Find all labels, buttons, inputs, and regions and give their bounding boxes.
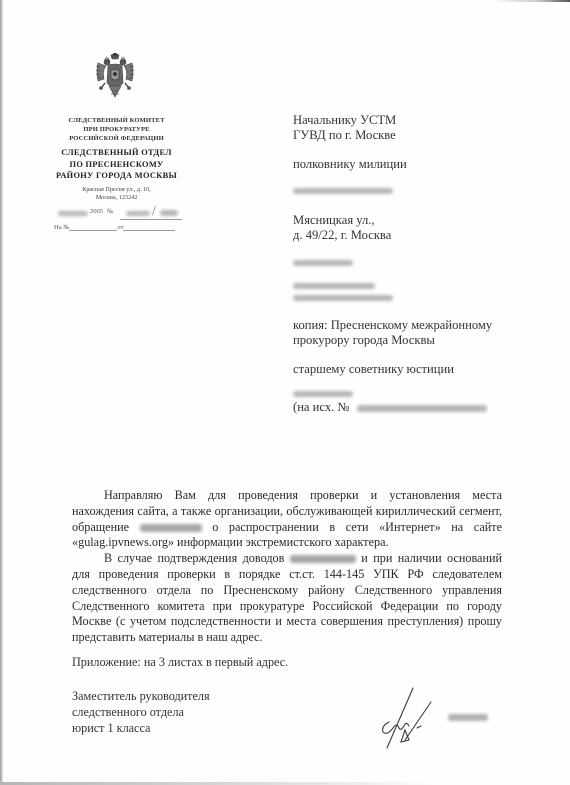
registration-slash: / — [152, 204, 156, 220]
redacted-applicant-name-2 — [290, 555, 356, 563]
addressee-block: Начальнику УСТМ ГУВД по г. Москве полков… — [293, 113, 543, 415]
recipient-address-line-2: д. 49/22, г. Москва — [293, 228, 543, 243]
paragraph-2-part-1: В случае подтверждения доводов — [104, 551, 284, 565]
redacted-signer-name — [448, 714, 488, 721]
attachment-note: Приложение: на 3 листах в первый адрес. — [72, 655, 288, 670]
scan-edge-left — [0, 0, 3, 785]
org-name-line-1: СЛЕДСТВЕННЫЙ КОМИТЕТ — [54, 116, 179, 125]
org-name-line-3: РОССИЙСКОЙ ФЕДЕРАЦИИ — [54, 134, 179, 143]
redacted-registration-number — [126, 211, 150, 216]
redacted-second-address-line-2 — [293, 295, 393, 301]
paragraph-1-part-2: о распространении в сети «Интернет» на с… — [72, 520, 502, 550]
copy-recipient-rank: старшему советнику юстиции — [293, 362, 543, 377]
redacted-second-recipient — [293, 260, 353, 266]
registration-line: 2005 № / — [54, 208, 189, 220]
redacted-outgoing-reference — [357, 405, 487, 412]
paragraph-2: В случае подтверждения доводов и при нал… — [72, 551, 502, 646]
reference-number-blank — [69, 224, 117, 231]
recipient-address-line-1: Мясницкая ул., — [293, 213, 543, 228]
redacted-date — [58, 211, 88, 216]
letterhead: СЛЕДСТВЕННЫЙ КОМИТЕТ ПРИ ПРОКУРАТУРЕ РОС… — [54, 116, 179, 202]
reference-line: На №от — [54, 224, 175, 231]
scan-edge-top-right — [490, 0, 570, 2]
address-line-2: Москва, 123242 — [54, 194, 179, 202]
signatory-title-line-2: следственного отдела — [72, 705, 210, 721]
handwritten-signature-icon — [375, 682, 445, 752]
signatory-title-line-1: Заместитель руководителя — [72, 689, 210, 705]
registration-underline — [120, 219, 182, 220]
department-name-line-1: СЛЕДСТВЕННЫЙ ОТДЕЛ — [54, 147, 179, 159]
recipient-line-1: Начальнику УСТМ — [293, 113, 543, 128]
document-page: СЛЕДСТВЕННЫЙ КОМИТЕТ ПРИ ПРОКУРАТУРЕ РОС… — [0, 0, 570, 785]
redacted-applicant-name — [140, 524, 202, 532]
outgoing-reference: (на исх. № — [293, 400, 543, 415]
address-line-1: Красная Пресня ул., д. 10, — [54, 186, 179, 194]
department-name-line-2: ПО ПРЕСНЕНСКОМУ — [54, 159, 179, 171]
registration-number-label: № — [107, 208, 113, 215]
redacted-second-address-line-1 — [293, 283, 375, 289]
reference-prefix: На № — [54, 224, 69, 231]
redacted-registration-suffix — [160, 210, 178, 216]
copy-recipient-line-2: прокурору города Москвы — [293, 333, 543, 348]
copy-recipient-line-1: копия: Пресненскому межрайонному — [293, 318, 543, 333]
signatory-block: Заместитель руководителя следственного о… — [72, 689, 210, 736]
letter-body: Направляю Вам для проведения проверки и … — [72, 488, 502, 646]
registration-year: 2005 — [90, 208, 103, 215]
paragraph-1: Направляю Вам для проведения проверки и … — [72, 488, 502, 551]
recipient-rank: полковнику милиции — [293, 157, 543, 172]
recipient-line-2: ГУВД по г. Москве — [293, 128, 543, 143]
department-name-line-3: РАЙОНУ ГОРОДА МОСКВЫ — [54, 170, 179, 182]
redacted-recipient-name — [293, 188, 393, 194]
department-name: СЛЕДСТВЕННЫЙ ОТДЕЛ ПО ПРЕСНЕНСКОМУ РАЙОН… — [54, 147, 179, 182]
coat-of-arms-icon — [94, 53, 136, 103]
redacted-copy-recipient-name — [293, 391, 353, 397]
org-name-line-2: ПРИ ПРОКУРАТУРЕ — [54, 125, 179, 134]
outgoing-reference-prefix: (на исх. № — [293, 400, 349, 414]
signatory-title-line-3: юрист 1 класса — [72, 721, 210, 737]
department-address: Красная Пресня ул., д. 10, Москва, 12324… — [54, 186, 179, 202]
reference-date-blank — [123, 224, 175, 231]
